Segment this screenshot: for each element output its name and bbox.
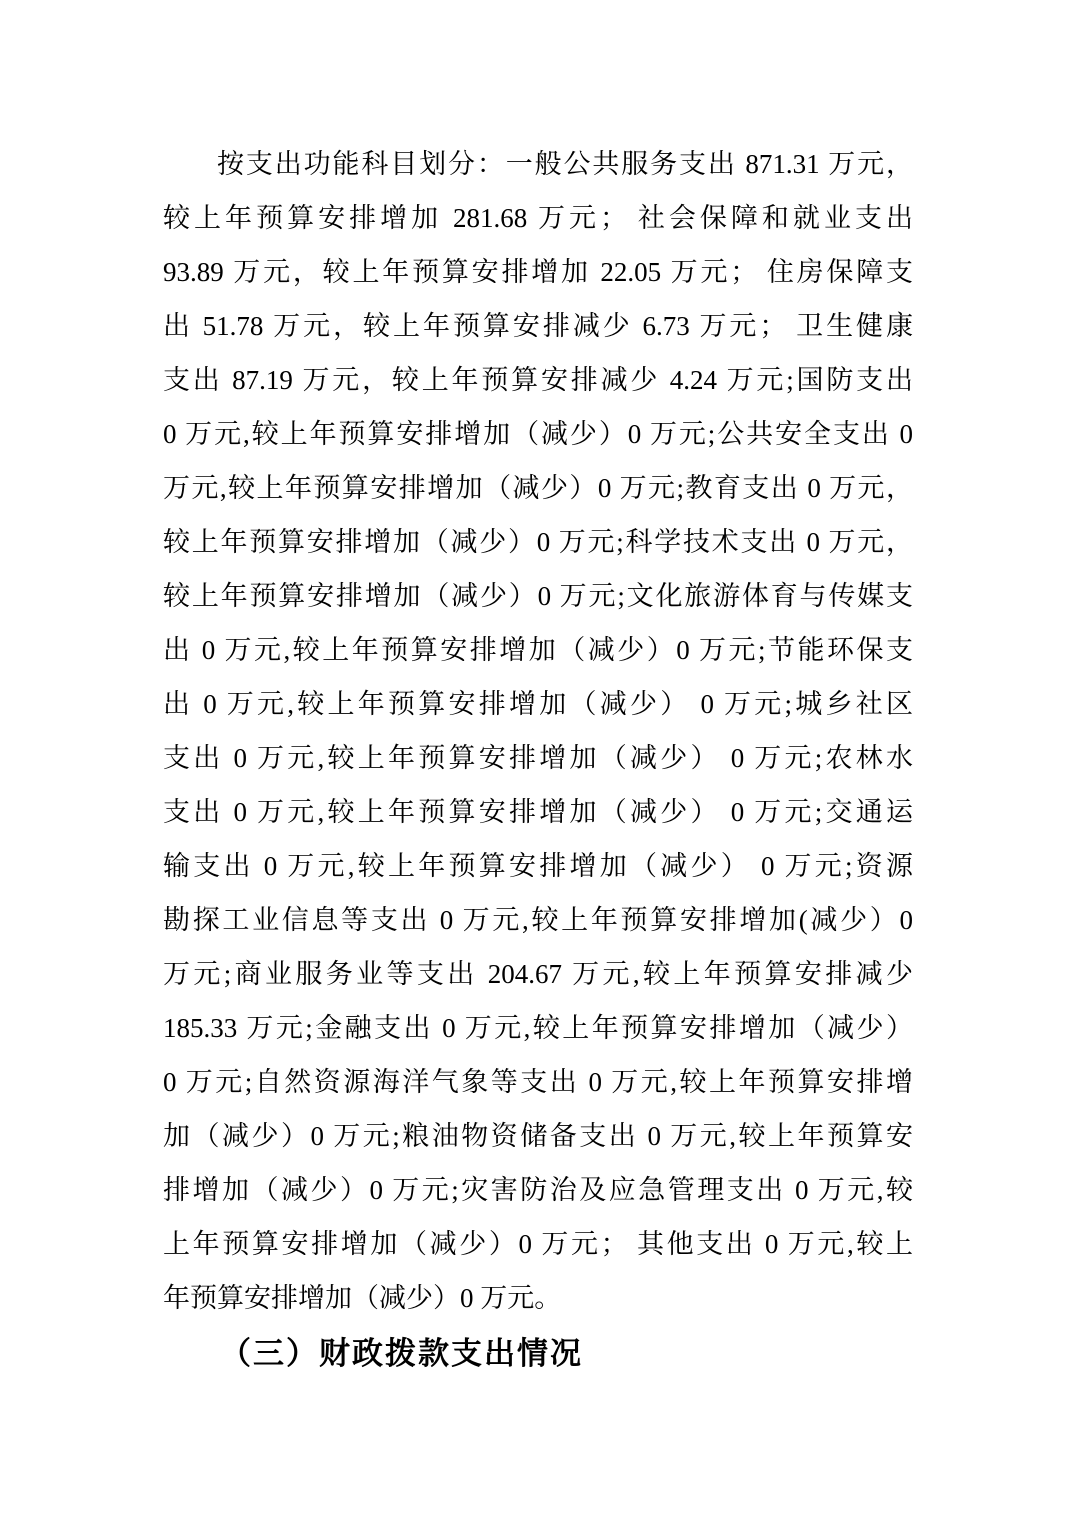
- paragraph-line: 出 51.78 万元，较上年预算安排减少 6.73 万元； 卫生健康: [163, 299, 913, 353]
- paragraph-line: 年预算安排增加（减少）0 万元。: [163, 1271, 913, 1325]
- paragraph-line: 出 0 万元,较上年预算安排增加（减少） 0 万元;城乡社区: [163, 677, 913, 731]
- paragraph-line: 0 万元,较上年预算安排增加（减少）0 万元;公共安全支出 0: [163, 407, 913, 461]
- paragraph-line: 较上年预算安排增加（减少）0 万元;文化旅游体育与传媒支: [163, 569, 913, 623]
- paragraph-line: 93.89 万元，较上年预算安排增加 22.05 万元； 住房保障支: [163, 245, 913, 299]
- budget-expenditure-paragraph: 按支出功能科目划分：一般公共服务支出 871.31 万元，较上年预算安排增加 2…: [163, 137, 913, 1325]
- paragraph-line: 排增加（减少）0 万元;灾害防治及应急管理支出 0 万元,较: [163, 1163, 913, 1217]
- paragraph-line: 支出 0 万元,较上年预算安排增加（减少） 0 万元;交通运: [163, 785, 913, 839]
- paragraph-line: 万元,较上年预算安排增加（减少）0 万元;教育支出 0 万元，: [163, 461, 913, 515]
- document-page: 按支出功能科目划分：一般公共服务支出 871.31 万元，较上年预算安排增加 2…: [0, 0, 1074, 1520]
- paragraph-line: 出 0 万元,较上年预算安排增加（减少）0 万元;节能环保支: [163, 623, 913, 677]
- paragraph-line: 较上年预算安排增加（减少）0 万元;科学技术支出 0 万元，: [163, 515, 913, 569]
- section-heading: （三）财政拨款支出情况: [220, 1325, 913, 1383]
- paragraph-line: 0 万元;自然资源海洋气象等支出 0 万元,较上年预算安排增: [163, 1055, 913, 1109]
- paragraph-line: 输支出 0 万元,较上年预算安排增加（减少） 0 万元;资源: [163, 839, 913, 893]
- paragraph-line: 支出 87.19 万元，较上年预算安排减少 4.24 万元;国防支出: [163, 353, 913, 407]
- paragraph-line: 加（减少）0 万元;粮油物资储备支出 0 万元,较上年预算安: [163, 1109, 913, 1163]
- paragraph-line: 支出 0 万元,较上年预算安排增加（减少） 0 万元;农林水: [163, 731, 913, 785]
- paragraph-line: 勘探工业信息等支出 0 万元,较上年预算安排增加(减少）0: [163, 893, 913, 947]
- paragraph-line: 较上年预算安排增加 281.68 万元； 社会保障和就业支出: [163, 191, 913, 245]
- paragraph-line: 上年预算安排增加（减少）0 万元； 其他支出 0 万元,较上: [163, 1217, 913, 1271]
- paragraph-line: 185.33 万元;金融支出 0 万元,较上年预算安排增加（减少）: [163, 1001, 913, 1055]
- paragraph-line: 万元;商业服务业等支出 204.67 万元,较上年预算安排减少: [163, 947, 913, 1001]
- paragraph-line: 按支出功能科目划分：一般公共服务支出 871.31 万元，: [163, 137, 913, 191]
